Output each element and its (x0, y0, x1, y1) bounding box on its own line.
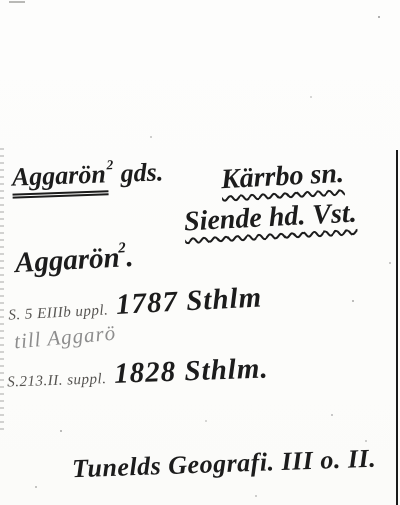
headword-superscript: 2 (106, 157, 113, 172)
scan-left-edge-noise (0, 148, 4, 433)
hundred-province-name: Siende hd. Vst. (183, 198, 357, 239)
reference-prefix: S. 5 EIIIb uppl. (8, 302, 109, 324)
reference-row-1828: S.213.II. suppl. 1828 Sthlm. (7, 352, 270, 394)
name-repeat-superscript: 2 (118, 240, 126, 256)
source-citation: Tunelds Geografi. III o. II. (72, 444, 377, 485)
reference-value: 1787 Sthlm (115, 281, 263, 322)
parish-name: Kärrbo sn. (220, 158, 344, 196)
headword-text: Aggarön (11, 159, 108, 198)
right-margin-rule (396, 150, 398, 505)
reference-prefix: S.213.II. suppl. (7, 371, 107, 391)
headword-suffix: gds. (120, 157, 164, 187)
scan-speckles (0, 0, 2, 2)
name-repeat-line: Aggarön2. (14, 241, 134, 280)
reference-row-1787: S. 5 EIIIb uppl. 1787 Sthlm (7, 281, 263, 327)
scan-edge-mark (9, 1, 25, 3)
name-repeat-text: Aggarön (14, 242, 120, 279)
reference-value: 1828 Sthlm. (114, 352, 269, 390)
scanned-archive-card: Aggarön2gds. Kärrbo sn. Siende hd. Vst. … (0, 0, 400, 505)
headword-line: Aggarön2gds. (11, 157, 163, 198)
name-repeat-suffix: . (125, 241, 134, 273)
